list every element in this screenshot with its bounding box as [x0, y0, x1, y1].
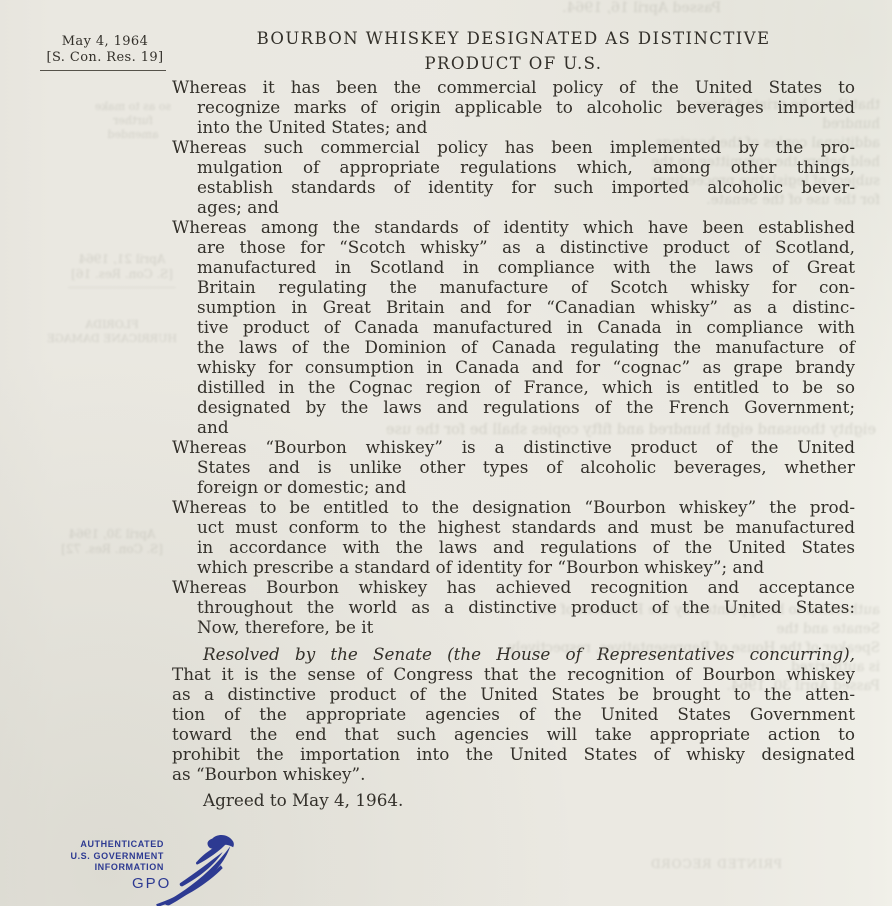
seal-text-line1: AUTHENTICATED: [52, 839, 164, 851]
text-line: prohibit the importation into the United…: [172, 744, 855, 764]
text-line: Whereas Bourbon whiskey has achieved rec…: [172, 577, 855, 597]
text-line: Britain regulating the manufacture of Sc…: [172, 277, 855, 297]
text-line: establish standards of identity for such…: [172, 177, 855, 197]
text-line: tive product of Canada manufactured in C…: [172, 317, 855, 337]
seal-text-line3: INFORMATION: [52, 862, 164, 874]
document-body: Whereas it has been the commercial polic…: [172, 77, 855, 810]
gpo-eagle-icon: [152, 832, 244, 906]
text-line: ages; and: [172, 197, 855, 217]
paragraph-whereas: Whereas such commercial policy has been …: [172, 137, 855, 217]
text-line: designated by the laws and regulations o…: [172, 397, 855, 417]
document-title: BOURBON WHISKEY DESIGNATED AS DISTINCTIV…: [172, 26, 855, 76]
text-line: uct must conform to the highest standard…: [172, 517, 855, 537]
text-line: which prescribe a standard of identity f…: [172, 557, 855, 577]
text-line: Whereas to be entitled to the designatio…: [172, 497, 855, 517]
document-page: Passed April 16, 1964.that there be prin…: [0, 0, 892, 906]
text-line: Whereas it has been the commercial polic…: [172, 77, 855, 97]
seal-text-line2: U.S. GOVERNMENT: [52, 851, 164, 863]
text-line: foreign or domestic; and: [172, 477, 855, 497]
text-line: Whereas “Bourbon whiskey” is a distincti…: [172, 437, 855, 457]
text-line: Agreed to May 4, 1964.: [172, 790, 855, 810]
document-content: May 4, 1964 [S. Con. Res. 19] BOURBON WH…: [0, 0, 892, 906]
text-line: mulgation of appropriate regulations whi…: [172, 157, 855, 177]
sidenote-citation: [S. Con. Res. 19]: [40, 50, 170, 66]
paragraph-whereas: Whereas among the standards of identity …: [172, 217, 855, 437]
paragraph-whereas: Whereas it has been the commercial polic…: [172, 77, 855, 137]
text-line: whisky for consumption in Canada and for…: [172, 357, 855, 377]
text-line: manufactured in Scotland in compliance w…: [172, 257, 855, 277]
text-line: and: [172, 417, 855, 437]
paragraph-agreed: Agreed to May 4, 1964.: [172, 790, 855, 810]
text-line: Resolved by the Senate (the House of Rep…: [172, 644, 855, 664]
sidenote: May 4, 1964 [S. Con. Res. 19]: [40, 34, 170, 71]
text-line: That it is the sense of Congress that th…: [172, 664, 855, 684]
document-title-line1: BOURBON WHISKEY DESIGNATED AS DISTINCTIV…: [172, 26, 855, 51]
sidenote-rule: [40, 70, 166, 71]
text-line: recognize marks of origin applicable to …: [172, 97, 855, 117]
seal-text: AUTHENTICATED U.S. GOVERNMENT INFORMATIO…: [52, 839, 164, 874]
gpo-authentication-seal: AUTHENTICATED U.S. GOVERNMENT INFORMATIO…: [52, 836, 242, 906]
text-line: sumption in Great Britain and for “Canad…: [172, 297, 855, 317]
text-line: as “Bourbon whiskey”.: [172, 764, 855, 784]
paragraph-whereas: Whereas to be entitled to the designatio…: [172, 497, 855, 577]
paragraph-whereas: Whereas Bourbon whiskey has achieved rec…: [172, 577, 855, 637]
sidenote-date: May 4, 1964: [40, 34, 170, 50]
text-line: in accordance with the laws and regulati…: [172, 537, 855, 557]
text-line: into the United States; and: [172, 117, 855, 137]
text-line: States and is unlike other types of alco…: [172, 457, 855, 477]
text-line: are those for “Scotch whisky” as a disti…: [172, 237, 855, 257]
text-line: tion of the appropriate agencies of the …: [172, 704, 855, 724]
text-line: toward the end that such agencies will t…: [172, 724, 855, 744]
text-line: the laws of the Dominion of Canada regul…: [172, 337, 855, 357]
text-line: as a distinctive product of the United S…: [172, 684, 855, 704]
paragraph-whereas: Whereas “Bourbon whiskey” is a distincti…: [172, 437, 855, 497]
text-line: Now, therefore, be it: [172, 617, 855, 637]
text-line: throughout the world as a distinctive pr…: [172, 597, 855, 617]
document-title-line2: PRODUCT OF U.S.: [172, 51, 855, 76]
text-line: distilled in the Cognac region of France…: [172, 377, 855, 397]
text-line: Whereas among the standards of identity …: [172, 217, 855, 237]
text-line: Whereas such commercial policy has been …: [172, 137, 855, 157]
paragraph-resolved: Resolved by the Senate (the House of Rep…: [172, 644, 855, 784]
